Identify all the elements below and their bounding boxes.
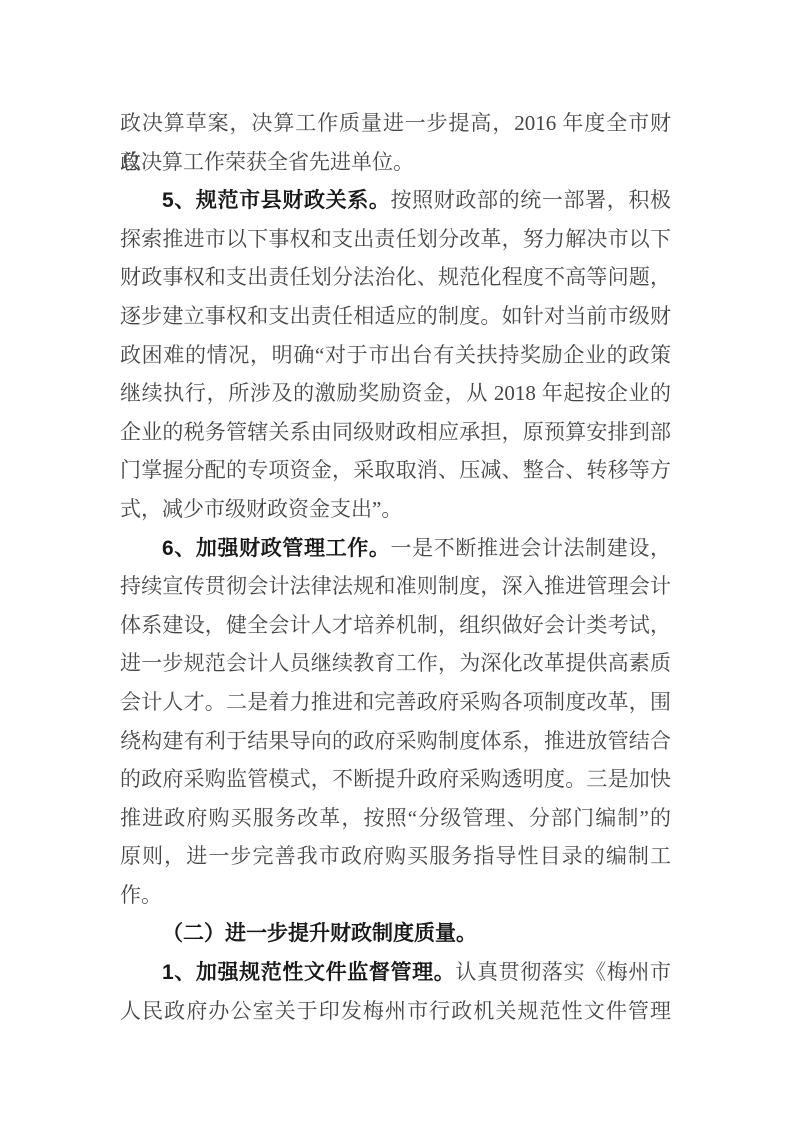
text-line: 体系建设，健全会计人才培养机制，组织做好会计类考试， [120, 606, 671, 645]
text-segment: 体系建设，健全会计人才培养机制，组织做好会计类考试， [120, 613, 671, 637]
text-segment: 绕构建有利于结果导向的政府采购制度体系，推进放管结合 [120, 729, 671, 753]
text-line: （二）进一步提升财政制度质量。 [120, 914, 671, 953]
text-line: 总决算工作荣获全省先进单位。 [120, 143, 671, 182]
text-segment: 进一步规范会计人员继续教育工作，为深化改革提供高素质 [120, 651, 671, 675]
document-body: 政决算草案，决算工作质量进一步提高，2016 年度全市财政总决算工作荣获全省先进… [120, 104, 671, 1030]
text-segment: 人民政府办公室关于印发梅州市行政机关规范性文件管理 [120, 999, 671, 1023]
text-line: 继续执行，所涉及的激励奖励资金，从 2018 年起按企业的 [120, 374, 671, 413]
text-line: 推进政府购买服务改革，按照“分级管理、分部门编制”的 [120, 799, 671, 838]
text-line: 企业的税务管辖关系由同级财政相应承担，原预算安排到部 [120, 413, 671, 452]
text-segment: 作。 [120, 883, 162, 907]
text-line: 政困难的情况，明确“对于市出台有关扶持奖励企业的政策 [120, 336, 671, 375]
text-segment: 持续宣传贯彻会计法律法规和准则制度，深入推进管理会计 [120, 574, 671, 598]
text-segment: 会计人才。二是着力推进和完善政府采购各项制度改革，围 [120, 690, 671, 714]
text-segment: 政困难的情况，明确“对于市出台有关扶持奖励企业的政策 [120, 343, 671, 367]
text-line: 1、加强规范性文件监督管理。认真贯彻落实《梅州市 [120, 953, 671, 992]
text-line: 会计人才。二是着力推进和完善政府采购各项制度改革，围 [120, 683, 671, 722]
text-line: 6、加强财政管理工作。一是不断推进会计法制建设， [120, 529, 671, 568]
text-segment: 式，减少市级财政资金支出”。 [120, 497, 402, 521]
text-segment: 按照财政部的统一部署，积极 [391, 188, 671, 212]
text-segment: 门掌握分配的专项资金，采取取消、压减、整合、转移等方 [120, 458, 671, 482]
heading-segment: 1、加强规范性文件监督管理。 [162, 961, 455, 984]
text-segment: 继续执行，所涉及的激励奖励资金，从 2018 年起按企业的 [120, 381, 671, 405]
text-segment: 企业的税务管辖关系由同级财政相应承担，原预算安排到部 [120, 420, 671, 444]
heading-segment: 6、加强财政管理工作。 [162, 537, 391, 560]
text-segment: 认真贯彻落实《梅州市 [455, 960, 671, 984]
text-line: 门掌握分配的专项资金，采取取消、压减、整合、转移等方 [120, 451, 671, 490]
text-line: 政决算草案，决算工作质量进一步提高，2016 年度全市财政 [120, 104, 671, 143]
text-segment: 一是不断推进会计法制建设， [391, 536, 671, 560]
text-line: 5、规范市县财政关系。按照财政部的统一部署，积极 [120, 181, 671, 220]
text-line: 逐步建立事权和支出责任相适应的制度。如针对当前市级财 [120, 297, 671, 336]
text-segment: 原则，进一步完善我市政府购买服务指导性目录的编制工 [120, 844, 671, 868]
document-page: 政决算草案，决算工作质量进一步提高，2016 年度全市财政总决算工作荣获全省先进… [0, 0, 793, 1122]
text-segment: 探索推进市以下事权和支出责任划分改革，努力解决市以下 [120, 227, 671, 251]
text-line: 原则，进一步完善我市政府购买服务指导性目录的编制工 [120, 837, 671, 876]
text-segment: 的政府采购监管模式，不断提升政府采购透明度。三是加快 [120, 767, 671, 791]
heading-segment: 5、规范市县财政关系。 [162, 189, 391, 212]
text-line: 持续宣传贯彻会计法律法规和准则制度，深入推进管理会计 [120, 567, 671, 606]
text-line: 财政事权和支出责任划分法治化、规范化程度不高等问题， [120, 258, 671, 297]
heading-segment: （二）进一步提升财政制度质量。 [162, 922, 477, 945]
text-segment: 财政事权和支出责任划分法治化、规范化程度不高等问题， [120, 265, 671, 289]
text-line: 绕构建有利于结果导向的政府采购制度体系，推进放管结合 [120, 722, 671, 761]
text-line: 进一步规范会计人员继续教育工作，为深化改革提供高素质 [120, 644, 671, 683]
text-line: 人民政府办公室关于印发梅州市行政机关规范性文件管理 [120, 992, 671, 1031]
text-segment: 逐步建立事权和支出责任相适应的制度。如针对当前市级财 [120, 304, 671, 328]
text-line: 探索推进市以下事权和支出责任划分改革，努力解决市以下 [120, 220, 671, 259]
text-segment: 总决算工作荣获全省先进单位。 [120, 150, 414, 174]
text-line: 作。 [120, 876, 671, 915]
text-line: 式，减少市级财政资金支出”。 [120, 490, 671, 529]
text-segment: 推进政府购买服务改革，按照“分级管理、分部门编制”的 [120, 806, 671, 830]
text-line: 的政府采购监管模式，不断提升政府采购透明度。三是加快 [120, 760, 671, 799]
